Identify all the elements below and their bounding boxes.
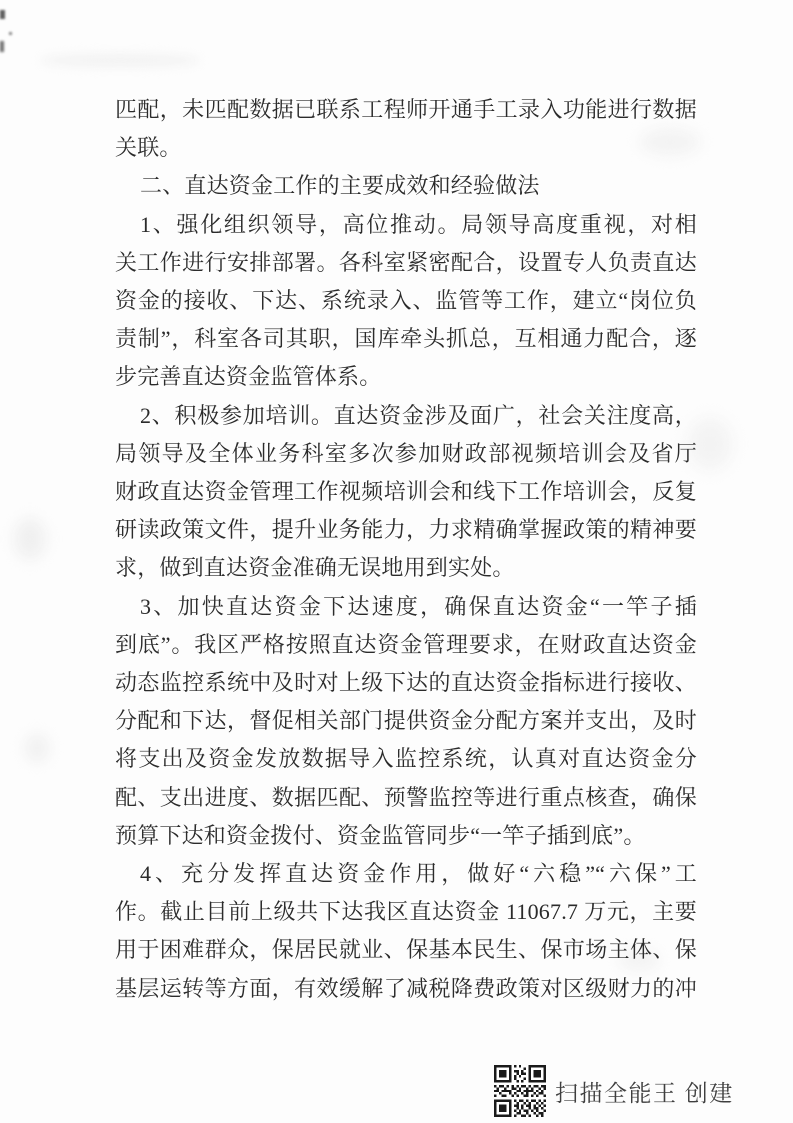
scanned-document-page: 匹配，未匹配数据已联系工程师开通手工录入功能进行数据 关联。 二、直达资金工作的… (0, 0, 793, 1123)
qr-code-icon (494, 1063, 546, 1119)
text-line: 求，做到直达资金准确无误地用到实处。 (115, 549, 697, 587)
scan-artifact (0, 41, 4, 52)
text-line: 动态监控系统中及时对上级下达的直达资金指标进行接收、 (115, 664, 697, 702)
text-line: 3、加快直达资金下达速度，确保直达资金“一竿子插 (115, 588, 697, 626)
text-line: 4、充分发挥直达资金作用，做好“六稳”“六保”工 (115, 855, 697, 893)
text-line: 将支出及资金发放数据导入监控系统，认真对直达资金分 (115, 740, 697, 778)
text-line: 关工作进行安排部署。各科室紧密配合，设置专人负责直达 (115, 244, 697, 282)
text-line: 分配和下达，督促相关部门提供资金分配方案并支出，及时 (115, 702, 697, 740)
text-line: 关联。 (115, 129, 697, 167)
text-line: 财政直达资金管理工作视频培训会和线下工作培训会，反复 (115, 473, 697, 511)
scan-artifact (0, 10, 5, 19)
text-line: 局领导及全体业务科室多次参加财政部视频培训会及省厅 (115, 435, 697, 473)
text-line: 基层运转等方面，有效缓解了减税降费政策对区级财力的冲 (115, 970, 697, 1008)
text-line: 责制”，科室各司其职，国库牵头抓总，互相通力配合，逐 (115, 320, 697, 358)
text-line: 2、积极参加培训。直达资金涉及面广，社会关注度高， (115, 397, 697, 435)
text-line: 资金的接收、下达、系统录入、监管等工作，建立“岗位负 (115, 282, 697, 320)
text-line: 预算下达和资金拨付、资金监管同步“一竿子插到底”。 (115, 817, 697, 855)
text-line: 作。截止目前上级共下达我区直达资金 11067.7 万元，主要 (115, 893, 697, 931)
text-line: 到底”。我区严格按照直达资金管理要求，在财政直达资金 (115, 626, 697, 664)
text-line: 1、强化组织领导，高位推动。局领导高度重视，对相 (115, 206, 697, 244)
watermark-text: 扫描全能王 创建 (555, 1075, 734, 1108)
text-line: 匹配，未匹配数据已联系工程师开通手工录入功能进行数据 (115, 91, 697, 129)
text-line: 用于困难群众，保居民就业、保基本民生、保市场主体、保 (115, 931, 697, 969)
scan-artifact (14, 518, 46, 560)
text-line: 步完善直达资金监管体系。 (115, 358, 697, 396)
scan-artifact (9, 32, 12, 35)
document-body: 匹配，未匹配数据已联系工程师开通手工录入功能进行数据 关联。 二、直达资金工作的… (115, 91, 697, 1008)
scanner-watermark: 扫描全能王 创建 (494, 1063, 734, 1119)
scan-artifact (40, 54, 200, 67)
section-heading: 二、直达资金工作的主要成效和经验做法 (115, 167, 697, 205)
text-line: 配、支出进度、数据匹配、预警监控等进行重点核查，确保 (115, 779, 697, 817)
scan-artifact (24, 733, 50, 763)
text-line: 研读政策文件，提升业务能力，力求精确掌握政策的精神要 (115, 511, 697, 549)
